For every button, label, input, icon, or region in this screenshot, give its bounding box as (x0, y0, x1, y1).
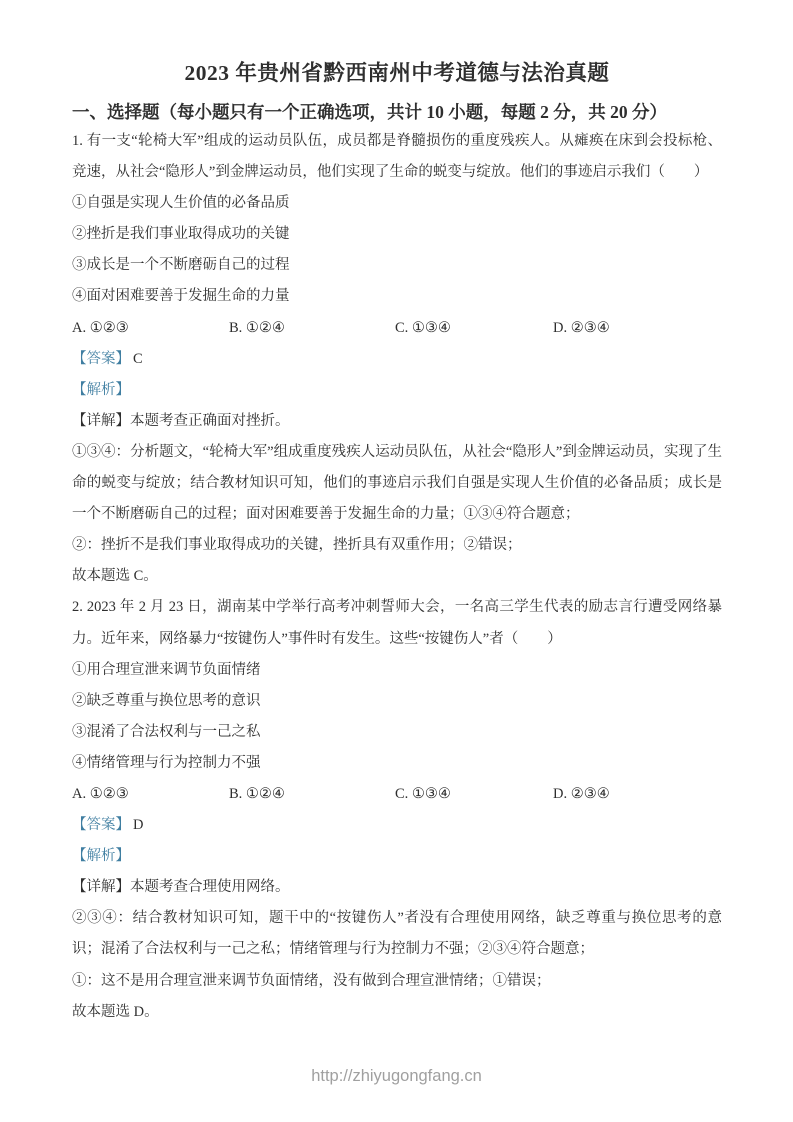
question-1-stem: 1. 有一支“轮椅大军”组成的运动员队伍，成员都是脊髓损伤的重度残疾人。从瘫痪在… (72, 126, 722, 188)
question-1-option-3: ③成长是一个不断磨砺自己的过程 (72, 250, 722, 281)
question-2-answer-line: 【答案】D (72, 810, 722, 841)
question-2-option-4: ④情绪管理与行为控制力不强 (72, 748, 722, 779)
question-2-answer-value: D (133, 817, 143, 833)
analysis-label: 【解析】 (72, 848, 130, 864)
question-2-choice-b: B. ①②④ (229, 779, 395, 810)
question-1-detail-main: ①③④：分析题文，“轮椅大军”组成重度残疾人运动员队伍，从社会“隐形人”到金牌运… (72, 437, 722, 530)
doc-title: 2023 年贵州省黔西南州中考道德与法治真题 (72, 56, 722, 90)
question-2-option-3: ③混淆了合法权利与一己之私 (72, 717, 722, 748)
answer-label: 【答案】 (72, 817, 130, 833)
question-2-detail-intro: 【详解】本题考查合理使用网络。 (72, 872, 722, 903)
question-1-detail-intro: 【详解】本题考查正确面对挫折。 (72, 406, 722, 437)
question-2-choice-row: A. ①②③ B. ①②④ C. ①③④ D. ②③④ (72, 779, 722, 810)
question-1-detail-secondary: ②：挫折不是我们事业取得成功的关键，挫折具有双重作用；②错误； (72, 530, 722, 561)
question-1-analysis-line: 【解析】 (72, 375, 722, 406)
question-2-detail-main: ②③④：结合教材知识可知，题干中的“按键伤人”者没有合理使用网络，缺乏尊重与换位… (72, 903, 722, 965)
question-2-conclusion: 故本题选 D。 (72, 997, 722, 1028)
question-1-option-2: ②挫折是我们事业取得成功的关键 (72, 219, 722, 250)
question-1-option-1: ①自强是实现人生价值的必备品质 (72, 188, 722, 219)
question-2-choice-c: C. ①③④ (395, 779, 553, 810)
question-1-option-4: ④面对困难要善于发掘生命的力量 (72, 281, 722, 312)
question-1-choice-d: D. ②③④ (553, 313, 722, 344)
question-2-option-2: ②缺乏尊重与换位思考的意识 (72, 686, 722, 717)
question-1-choice-c: C. ①③④ (395, 313, 553, 344)
footer-url: http://zhiyugongfang.cn (0, 1064, 793, 1088)
document-content: 2023 年贵州省黔西南州中考道德与法治真题 一、选择题（每小题只有一个正确选项… (0, 0, 793, 1028)
question-1-choice-row: A. ①②③ B. ①②④ C. ①③④ D. ②③④ (72, 313, 722, 344)
question-2-stem: 2. 2023 年 2 月 23 日，湖南某中学举行高考冲刺誓师大会，一名高三学… (72, 592, 722, 654)
document-page: 2023 年贵州省黔西南州中考道德与法治真题 一、选择题（每小题只有一个正确选项… (0, 0, 793, 1122)
question-1-choice-b: B. ①②④ (229, 313, 395, 344)
question-1-conclusion: 故本题选 C。 (72, 561, 722, 592)
answer-label: 【答案】 (72, 351, 130, 367)
question-2-analysis-line: 【解析】 (72, 841, 722, 872)
question-2-detail-secondary: ①：这不是用合理宣泄来调节负面情绪，没有做到合理宣泄情绪；①错误； (72, 966, 722, 997)
question-1-choice-a: A. ①②③ (72, 313, 229, 344)
question-2-choice-d: D. ②③④ (553, 779, 722, 810)
question-block-2: 2. 2023 年 2 月 23 日，湖南某中学举行高考冲刺誓师大会，一名高三学… (72, 592, 722, 1027)
question-block-1: 1. 有一支“轮椅大军”组成的运动员队伍，成员都是脊髓损伤的重度残疾人。从瘫痪在… (72, 126, 722, 592)
question-2-option-1: ①用合理宣泄来调节负面情绪 (72, 655, 722, 686)
question-1-answer-value: C (133, 351, 143, 367)
section-heading: 一、选择题（每小题只有一个正确选项，共计 10 小题，每题 2 分，共 20 分… (72, 98, 722, 126)
question-2-choice-a: A. ①②③ (72, 779, 229, 810)
analysis-label: 【解析】 (72, 382, 130, 398)
question-1-answer-line: 【答案】C (72, 344, 722, 375)
